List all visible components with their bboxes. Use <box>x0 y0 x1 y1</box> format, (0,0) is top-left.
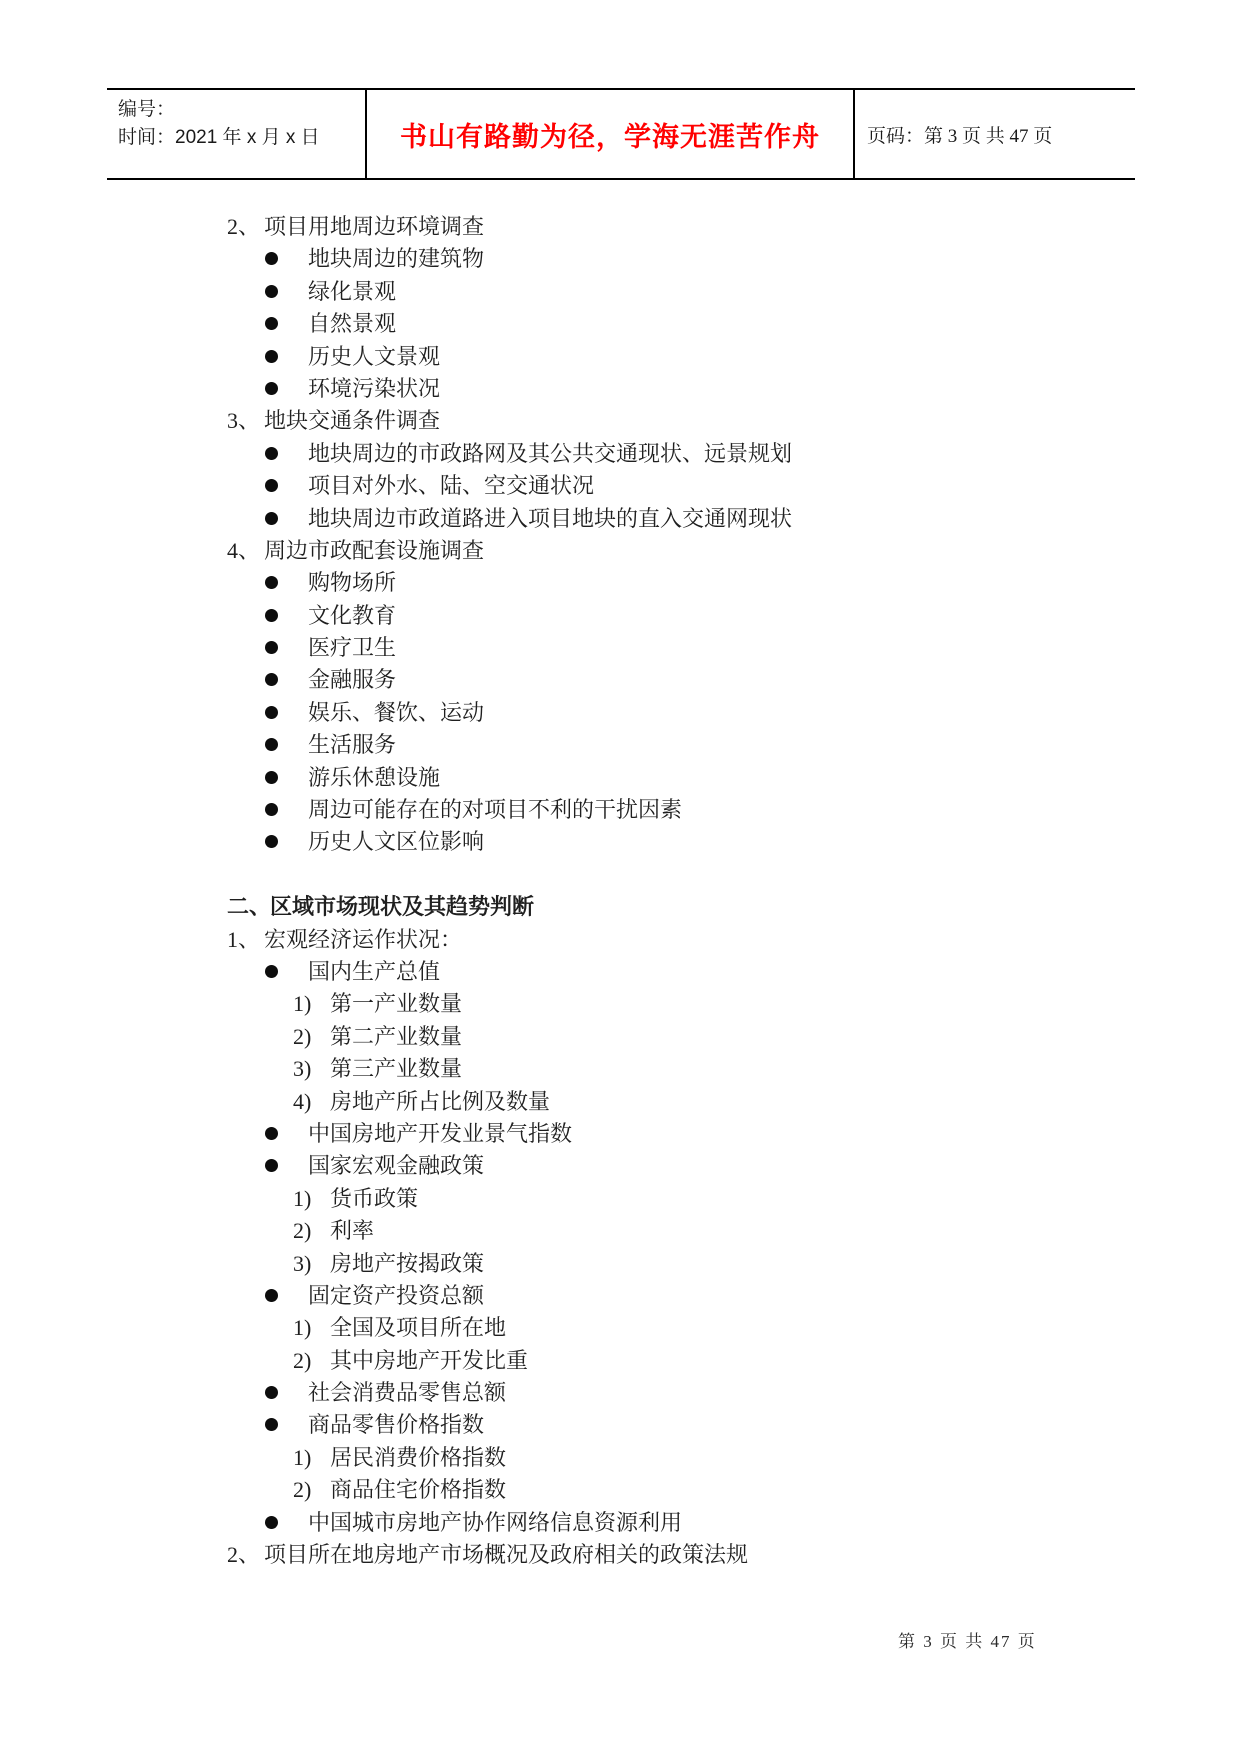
line-text: 宏观经济运作状况： <box>264 927 462 952</box>
outline-line: 生活服务 <box>0 729 1241 761</box>
line-text: 周边市政配套设施调查 <box>264 538 484 563</box>
bullet-icon <box>265 1159 278 1172</box>
outline-line: 1)第一产业数量 <box>0 988 1241 1020</box>
outline-line: 国内生产总值 <box>0 956 1241 988</box>
outline-line: 地块周边的建筑物 <box>0 243 1241 275</box>
bullet-icon <box>265 382 278 395</box>
doc-time-label: 时间：2021 年 x 月 x 日 <box>118 124 357 152</box>
outline-line: 商品零售价格指数 <box>0 1409 1241 1441</box>
bullet-icon <box>265 771 278 784</box>
list-marker: 3) <box>293 1053 330 1085</box>
line-text: 货币政策 <box>330 1186 418 1211</box>
line-text: 自然景观 <box>308 311 396 336</box>
outline-line: 3)第三产业数量 <box>0 1053 1241 1085</box>
line-text: 区域市场现状及其趋势判断 <box>270 894 534 919</box>
bullet-icon <box>265 479 278 492</box>
line-text: 国家宏观金融政策 <box>308 1153 484 1178</box>
outline-line: 国家宏观金融政策 <box>0 1150 1241 1182</box>
line-text: 其中房地产开发比重 <box>330 1348 528 1373</box>
outline-line: 2)其中房地产开发比重 <box>0 1345 1241 1377</box>
line-text: 地块交通条件调查 <box>264 408 440 433</box>
line-text: 娱乐、餐饮、运动 <box>308 700 484 725</box>
blank-line <box>0 859 1241 891</box>
outline-line: 地块周边的市政路网及其公共交通现状、远景规划 <box>0 438 1241 470</box>
line-text: 商品零售价格指数 <box>308 1412 484 1437</box>
outline-line: 医疗卫生 <box>0 632 1241 664</box>
footer-page-number: 第 3 页 共 47 页 <box>898 1627 1037 1652</box>
line-text: 房地产所占比例及数量 <box>330 1089 550 1114</box>
bullet-icon <box>265 641 278 654</box>
document-body: 2、项目用地周边环境调查地块周边的建筑物绿化景观自然景观历史人文景观环境污染状况… <box>0 211 1241 1571</box>
bullet-icon <box>265 1418 278 1431</box>
list-marker: 1) <box>293 1442 330 1474</box>
bullet-icon <box>265 673 278 686</box>
bullet-icon <box>265 285 278 298</box>
line-text: 第二产业数量 <box>330 1024 462 1049</box>
header-meta-cell: 编号： 时间：2021 年 x 月 x 日 <box>107 90 365 178</box>
document-page: 编号： 时间：2021 年 x 月 x 日 书山有路勤为径，学海无涯苦作舟 页码… <box>0 0 1241 1754</box>
bullet-icon <box>265 706 278 719</box>
bullet-icon <box>265 252 278 265</box>
list-marker: 二、 <box>227 891 270 923</box>
outline-line: 3)房地产按揭政策 <box>0 1248 1241 1280</box>
line-text: 历史人文景观 <box>308 344 440 369</box>
outline-line: 3、地块交通条件调查 <box>0 405 1241 437</box>
line-text: 医疗卫生 <box>308 635 396 660</box>
outline-line: 1)全国及项目所在地 <box>0 1312 1241 1344</box>
outline-line: 2、项目用地周边环境调查 <box>0 211 1241 243</box>
list-marker: 2) <box>293 1345 330 1377</box>
bullet-icon <box>265 609 278 622</box>
line-text: 购物场所 <box>308 570 396 595</box>
outline-line: 2)商品住宅价格指数 <box>0 1474 1241 1506</box>
outline-line: 金融服务 <box>0 664 1241 696</box>
line-text: 房地产按揭政策 <box>330 1251 484 1276</box>
page-header-table: 编号： 时间：2021 年 x 月 x 日 书山有路勤为径，学海无涯苦作舟 页码… <box>107 88 1135 180</box>
line-text: 商品住宅价格指数 <box>330 1477 506 1502</box>
list-marker: 3、 <box>227 405 264 437</box>
outline-line: 2)利率 <box>0 1215 1241 1247</box>
line-text: 游乐休憩设施 <box>308 765 440 790</box>
bullet-icon <box>265 317 278 330</box>
outline-line: 中国房地产开发业景气指数 <box>0 1118 1241 1150</box>
line-text: 地块周边市政道路进入项目地块的直入交通网现状 <box>308 506 792 531</box>
bullet-icon <box>265 350 278 363</box>
line-text: 项目用地周边环境调查 <box>264 214 484 239</box>
list-marker: 4) <box>293 1086 330 1118</box>
doc-number-label: 编号： <box>118 96 357 124</box>
line-text: 利率 <box>330 1218 374 1243</box>
outline-line: 1、宏观经济运作状况： <box>0 924 1241 956</box>
line-text: 地块周边的建筑物 <box>308 246 484 271</box>
outline-line: 游乐休憩设施 <box>0 762 1241 794</box>
bullet-icon <box>265 1127 278 1140</box>
list-marker: 2、 <box>227 1539 264 1571</box>
line-text: 中国城市房地产协作网络信息资源利用 <box>308 1510 682 1535</box>
line-text: 项目对外水、陆、空交通状况 <box>308 473 594 498</box>
outline-line: 历史人文景观 <box>0 341 1241 373</box>
list-marker: 1) <box>293 1312 330 1344</box>
outline-line: 4)房地产所占比例及数量 <box>0 1086 1241 1118</box>
line-text: 国内生产总值 <box>308 959 440 984</box>
outline-line: 固定资产投资总额 <box>0 1280 1241 1312</box>
line-text: 第三产业数量 <box>330 1056 462 1081</box>
outline-line: 文化教育 <box>0 600 1241 632</box>
outline-line: 2)第二产业数量 <box>0 1021 1241 1053</box>
outline-line: 历史人文区位影响 <box>0 826 1241 858</box>
line-text: 金融服务 <box>308 667 396 692</box>
bullet-icon <box>265 576 278 589</box>
bullet-icon <box>265 1386 278 1399</box>
line-text: 全国及项目所在地 <box>330 1315 506 1340</box>
bullet-icon <box>265 738 278 751</box>
outline-line: 4、周边市政配套设施调查 <box>0 535 1241 567</box>
outline-line: 社会消费品零售总额 <box>0 1377 1241 1409</box>
outline-line: 环境污染状况 <box>0 373 1241 405</box>
outline-line: 娱乐、餐饮、运动 <box>0 697 1241 729</box>
line-text: 生活服务 <box>308 732 396 757</box>
bullet-icon <box>265 835 278 848</box>
outline-line: 周边可能存在的对项目不利的干扰因素 <box>0 794 1241 826</box>
outline-line: 1)货币政策 <box>0 1183 1241 1215</box>
line-text: 地块周边的市政路网及其公共交通现状、远景规划 <box>308 441 792 466</box>
line-text: 文化教育 <box>308 603 396 628</box>
line-text: 绿化景观 <box>308 279 396 304</box>
header-pagenum-cell: 页码：第 3 页 共 47 页 <box>853 90 1135 178</box>
line-text: 项目所在地房地产市场概况及政府相关的政策法规 <box>264 1542 748 1567</box>
outline-line: 2、项目所在地房地产市场概况及政府相关的政策法规 <box>0 1539 1241 1571</box>
list-marker: 1) <box>293 1183 330 1215</box>
line-text: 第一产业数量 <box>330 991 462 1016</box>
bullet-icon <box>265 803 278 816</box>
bullet-icon <box>265 1289 278 1302</box>
bullet-icon <box>265 512 278 525</box>
outline-line: 项目对外水、陆、空交通状况 <box>0 470 1241 502</box>
bullet-icon <box>265 965 278 978</box>
motto-text: 书山有路勤为径，学海无涯苦作舟 <box>400 115 820 154</box>
section-heading: 二、区域市场现状及其趋势判断 <box>0 891 1241 923</box>
list-marker: 4、 <box>227 535 264 567</box>
outline-line: 中国城市房地产协作网络信息资源利用 <box>0 1507 1241 1539</box>
header-page-label: 页码：第 3 页 共 47 页 <box>867 121 1052 148</box>
outline-line: 绿化景观 <box>0 276 1241 308</box>
line-text: 固定资产投资总额 <box>308 1283 484 1308</box>
bullet-icon <box>265 447 278 460</box>
line-text: 社会消费品零售总额 <box>308 1380 506 1405</box>
list-marker: 2) <box>293 1215 330 1247</box>
list-marker: 1) <box>293 988 330 1020</box>
outline-line: 自然景观 <box>0 308 1241 340</box>
line-text: 中国房地产开发业景气指数 <box>308 1121 572 1146</box>
list-marker: 2) <box>293 1021 330 1053</box>
line-text: 周边可能存在的对项目不利的干扰因素 <box>308 797 682 822</box>
list-marker: 3) <box>293 1248 330 1280</box>
bullet-icon <box>265 1516 278 1529</box>
outline-line: 1)居民消费价格指数 <box>0 1442 1241 1474</box>
line-text: 居民消费价格指数 <box>330 1445 506 1470</box>
list-marker: 2、 <box>227 211 264 243</box>
line-text: 环境污染状况 <box>308 376 440 401</box>
list-marker: 1、 <box>227 924 264 956</box>
list-marker: 2) <box>293 1474 330 1506</box>
header-motto-cell: 书山有路勤为径，学海无涯苦作舟 <box>365 90 853 178</box>
outline-line: 购物场所 <box>0 567 1241 599</box>
line-text: 历史人文区位影响 <box>308 829 484 854</box>
outline-line: 地块周边市政道路进入项目地块的直入交通网现状 <box>0 503 1241 535</box>
